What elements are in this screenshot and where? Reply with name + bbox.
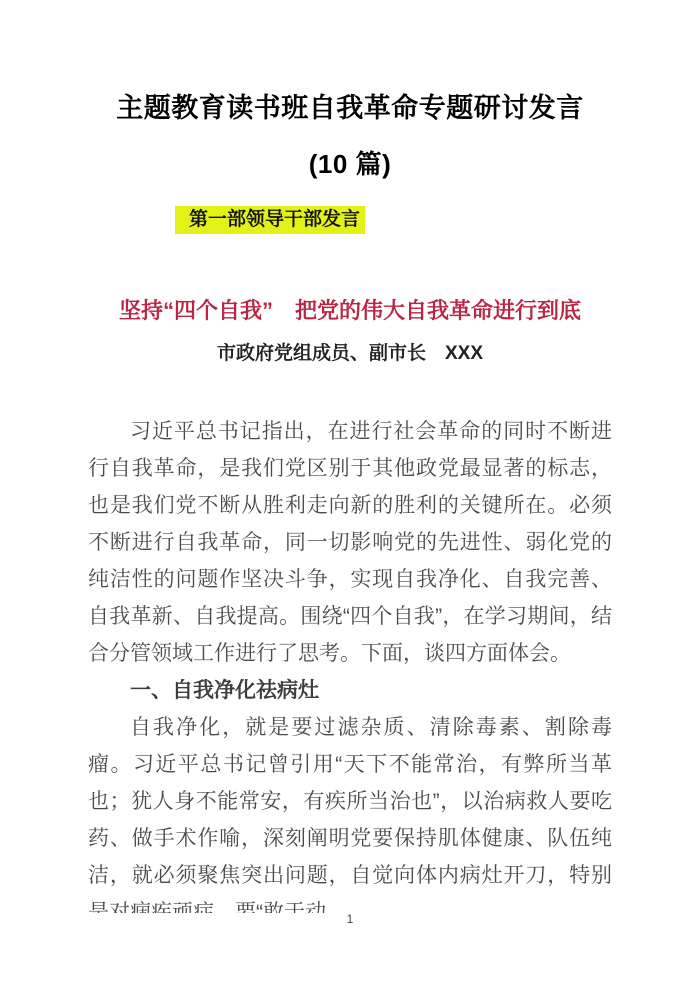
page-number: 1 [0,912,700,926]
document-title-line1: 主题教育读书班自我革命专题研讨发言 [88,90,612,126]
section-heading-1: 一、自我净化祛病灶 [88,672,612,709]
document-title-line2: (10 篇) [88,148,612,180]
paragraph-section-1: 自我净化，就是要过滤杂质、清除毒素、割除毒瘤。习近平总书记曾引用“天下不能常治，… [88,709,612,913]
section-badge: 第一部领导干部发言 [175,206,365,234]
document-page: 主题教育读书班自我革命专题研讨发言 (10 篇) 第一部领导干部发言 坚持“四个… [0,0,700,989]
paragraph-intro: 习近平总书记指出，在进行社会革命的同时不断进行自我革命，是我们党区别于其他政党最… [88,413,612,672]
section-badge-row: 第一部领导干部发言 [88,206,612,234]
article-body: 习近平总书记指出，在进行社会革命的同时不断进行自我革命，是我们党区别于其他政党最… [88,413,612,913]
article-byline: 市政府党组成员、副市长 XXX [88,341,612,367]
article-title: 坚持“四个自我” 把党的伟大自我革命进行到底 [88,296,612,326]
